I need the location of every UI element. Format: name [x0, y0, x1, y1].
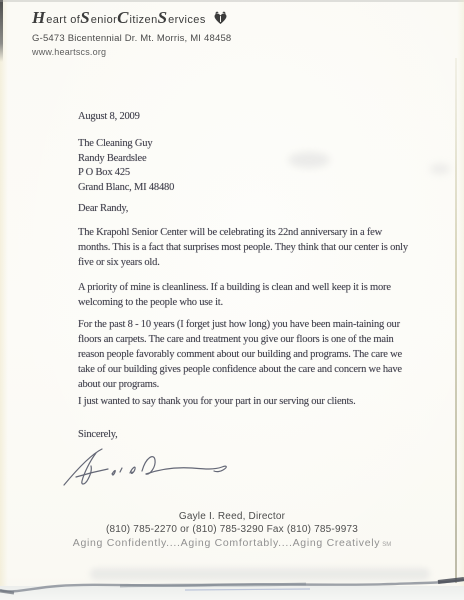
- scan-smudge: [288, 152, 330, 168]
- org-name-part: ervices: [168, 14, 206, 26]
- closing: Sincerely,: [78, 429, 118, 440]
- org-name: Heart of Senior Citizen Services: [32, 8, 231, 28]
- scan-right-crease-line: [455, 58, 457, 583]
- paragraph: I just wanted to say thank you for your …: [78, 394, 412, 409]
- salutation: Dear Randy,: [78, 203, 128, 214]
- footer-tagline: Aging Confidently....Aging Comfortably..…: [0, 537, 464, 549]
- recipient-line: Randy Beardslee: [78, 152, 174, 167]
- paragraph: For the past 8 - 10 years (I forget just…: [78, 317, 412, 392]
- recipient-line: Grand Blanc, MI 48480: [78, 181, 174, 196]
- org-address: G-5473 Bicentennial Dr. Mt. Morris, MI 4…: [32, 33, 231, 44]
- scan-top-edge: [0, 0, 464, 2]
- letterhead: Heart of Senior Citizen Services G-5473 …: [32, 8, 231, 57]
- scan-bottom-edge-line: [0, 556, 464, 600]
- org-name-initial: S: [158, 8, 167, 28]
- recipient-address-block: The Cleaning Guy Randy Beardslee P O Box…: [78, 137, 174, 195]
- paragraph: A priority of mine is cleanliness. If a …: [78, 280, 412, 310]
- recipient-line: P O Box 425: [78, 166, 174, 181]
- org-name-initial: H: [32, 8, 45, 28]
- footer-phone: (810) 785-2270 or (810) 785-3290 Fax (81…: [0, 524, 464, 535]
- service-mark: SM: [382, 542, 391, 548]
- handwritten-signature: [56, 443, 236, 491]
- org-name-initial: S: [80, 8, 89, 28]
- letter-date: August 8, 2009: [78, 111, 140, 122]
- recipient-line: The Cleaning Guy: [78, 137, 174, 152]
- footer-tagline-text: Aging Confidently....Aging Comfortably..…: [73, 537, 381, 549]
- org-name-part: enior: [91, 14, 117, 26]
- scan-smudge: [430, 164, 450, 174]
- footer-director: Gayle I. Reed, Director: [0, 511, 464, 522]
- org-name-part: itizen: [130, 14, 158, 26]
- org-website: www.heartscs.org: [32, 47, 231, 57]
- org-name-part: eart of: [46, 14, 80, 26]
- scanned-letter-page: Heart of Senior Citizen Services G-5473 …: [0, 0, 464, 600]
- scan-left-tint: [0, 0, 8, 600]
- heart-hands-logo-icon: [213, 11, 228, 28]
- org-name-initial: C: [117, 8, 128, 28]
- paragraph: The Krapohl Senior Center will be celebr…: [78, 225, 412, 270]
- scan-right-tint: [457, 0, 464, 600]
- scan-left-edge-shadow: [0, 0, 3, 62]
